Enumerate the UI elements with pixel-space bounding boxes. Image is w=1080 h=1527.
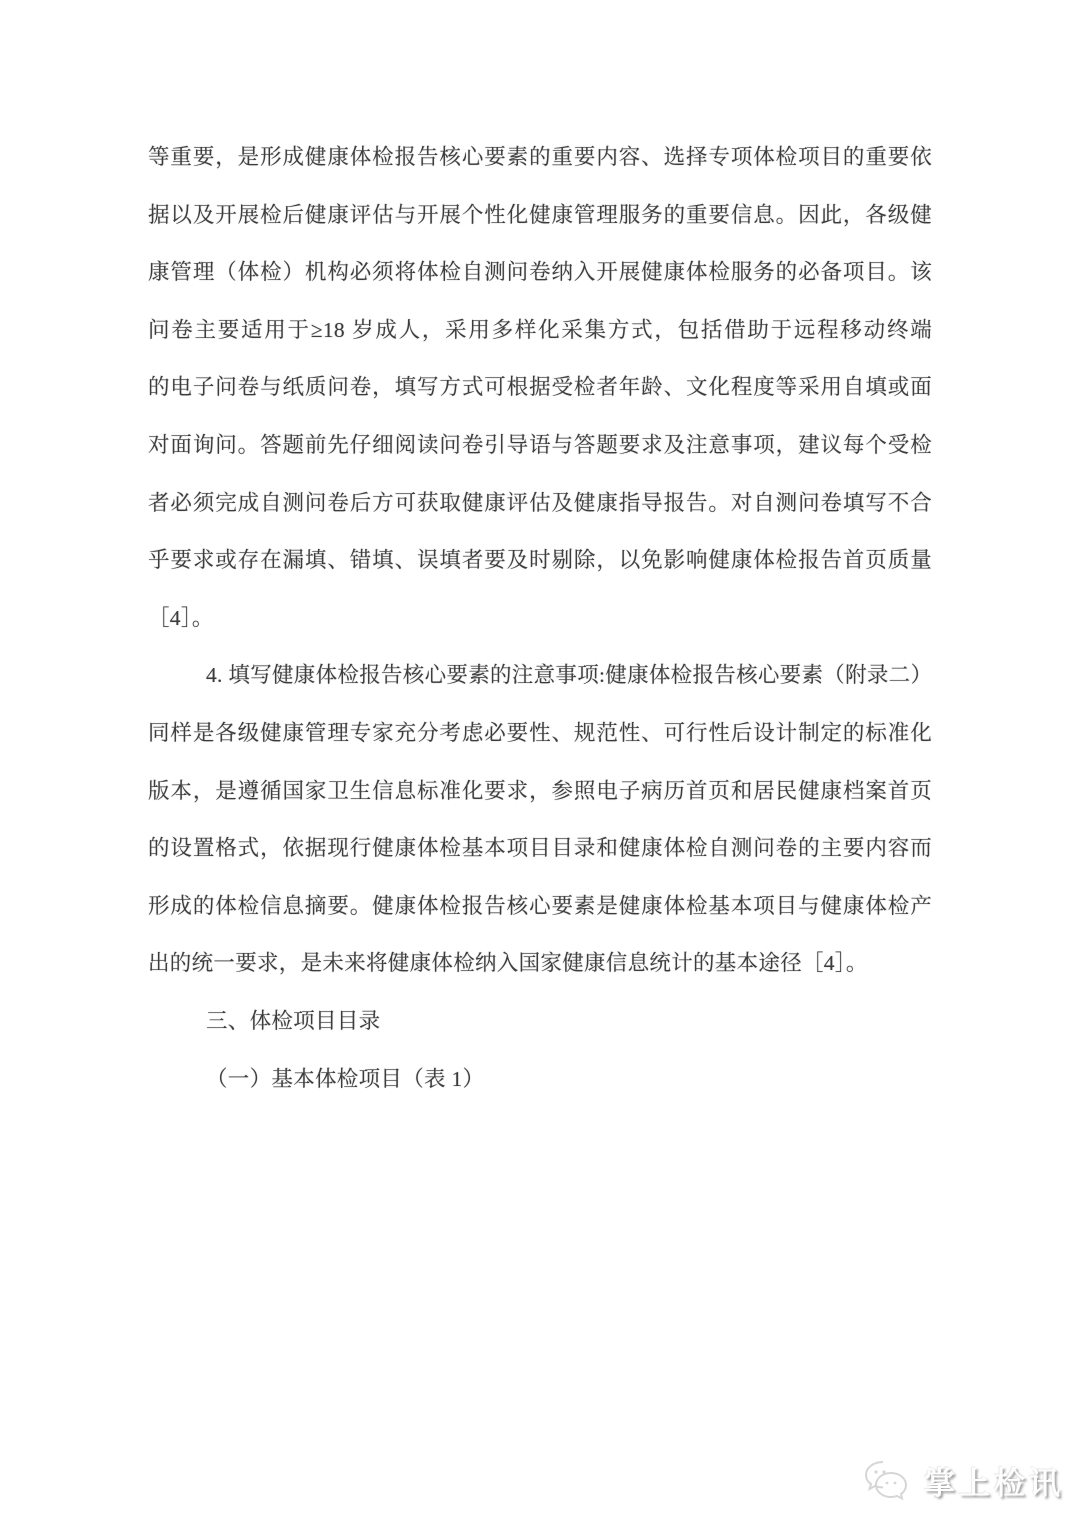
body-text-line: 形成的体检信息摘要。健康体检报告核心要素是健康体检基本项目与健康体检产 — [148, 878, 932, 936]
body-text-line: 出的统一要求，是未来将健康体检纳入国家健康信息统计的基本途径［4］。 — [148, 935, 932, 993]
body-text-line: 据以及开展检后健康评估与开展个性化健康管理服务的重要信息。因此，各级健 — [148, 187, 932, 245]
body-text-line: 同样是各级健康管理专家充分考虑必要性、规范性、可行性后设计制定的标准化 — [148, 705, 932, 763]
body-text-line: 对面询问。答题前先仔细阅读问卷引导语与答题要求及注意事项，建议每个受检 — [148, 417, 932, 475]
body-text-line: 者必须完成自测问卷后方可获取健康评估及健康指导报告。对自测问卷填写不合 — [148, 475, 932, 533]
document-text-block: 等重要，是形成健康体检报告核心要素的重要内容、选择专项体检项目的重要依 据以及开… — [148, 129, 932, 1108]
body-text-line: 等重要，是形成健康体检报告核心要素的重要内容、选择专项体检项目的重要依 — [148, 129, 932, 187]
subsection-heading: （一）基本体检项目（表 1） — [148, 1051, 932, 1109]
body-text-line: 版本，是遵循国家卫生信息标准化要求，参照电子病历首页和居民健康档案首页 — [148, 763, 932, 821]
body-text-line: 乎要求或存在漏填、错填、误填者要及时剔除，以免影响健康体检报告首页质量 — [148, 532, 932, 590]
body-text-line: 的电子问卷与纸质问卷，填写方式可根据受检者年龄、文化程度等采用自填或面 — [148, 359, 932, 417]
body-text-line: 问卷主要适用于≥18 岁成人，采用多样化采集方式，包括借助于远程移动终端 — [148, 302, 932, 360]
watermark: 掌上检讯 — [862, 1458, 1064, 1503]
body-text-line: 的设置格式，依据现行健康体检基本项目目录和健康体检自测问卷的主要内容而 — [148, 820, 932, 878]
document-page: 等重要，是形成健康体检报告核心要素的重要内容、选择专项体检项目的重要依 据以及开… — [0, 0, 1080, 1527]
section-heading: 三、体检项目目录 — [148, 993, 932, 1051]
wechat-chat-bubbles-icon — [862, 1459, 914, 1503]
body-text-line: ［4］。 — [148, 590, 932, 648]
body-text-line: 4. 填写健康体检报告核心要素的注意事项:健康体检报告核心要素（附录二） — [148, 647, 932, 705]
watermark-label: 掌上检讯 — [924, 1458, 1064, 1503]
body-text-line: 康管理（体检）机构必须将体检自测问卷纳入开展健康体检服务的必备项目。该 — [148, 244, 932, 302]
